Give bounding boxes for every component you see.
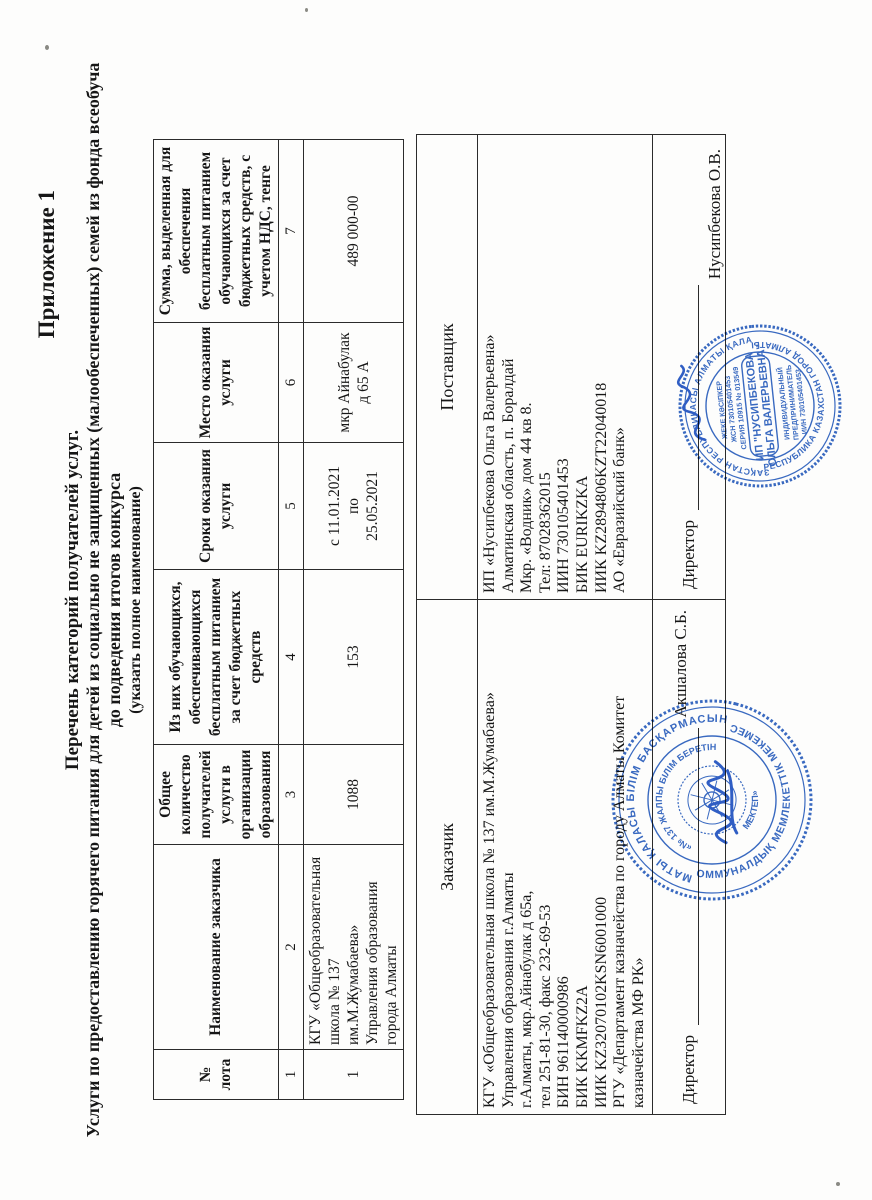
cell-amount: 489 000-00 (304, 140, 404, 323)
recipients-table-header-row: № лота Наименование заказчика Общее коли… (154, 140, 279, 1100)
col-header-place: Место оказания услуги (154, 323, 279, 443)
parties-details-row: КГУ «Общеобразовательная школа № 137 им.… (478, 135, 653, 1115)
col-header-customer: Наименование заказчика (154, 845, 279, 1050)
supplier-detail-line: Тел: 87028362015 (537, 141, 556, 593)
customer-header: Заказчик (417, 600, 478, 1115)
customer-director-label: Директор (679, 1035, 699, 1104)
supplier-detail-line: ИИК KZ2894806KZT22040018 (593, 141, 612, 593)
col-number-6: 6 (279, 323, 304, 443)
cell-total-recipients: 1088 (304, 745, 404, 845)
supplier-detail-line: Мкр. «Водник» дом 44 кв 8. (518, 141, 537, 593)
recipients-table: № лота Наименование заказчика Общее коли… (153, 139, 404, 1100)
svg-text:МЕКТЕП»: МЕКТЕП» (740, 788, 764, 833)
col-header-total: Общее количество получателей услуги в ор… (154, 745, 279, 845)
title-line-2: Услуги по предоставлению горячего питани… (83, 0, 104, 1200)
title-line-4: (указать полное наименование) (125, 0, 146, 1200)
col-header-amount: Сумма, выделенная для обеспечения беспла… (154, 140, 279, 323)
col-number-3: 3 (279, 745, 304, 845)
appendix-label: Приложение 1 (0, 0, 60, 1200)
col-number-4: 4 (279, 570, 304, 745)
customer-detail-line: БИН 961140000986 (555, 606, 574, 1108)
supplier-detail-line: ИП «Нусипбекова Ольга Валерьевна» (481, 141, 500, 593)
supplier-stamp: ҚАЗАҚСТАН РЕСПУБЛИКАСЫ АЛМАТЫ ҚАЛАСЫ РЕС… (668, 314, 853, 499)
title-line-3: до подведения итогов конкурса (104, 0, 125, 1200)
signatures-row: Директор Акшалова С.Б. Директор Нусипбек… (653, 135, 726, 1115)
landscape-sheet: Приложение 1 Перечень категорий получате… (0, 0, 872, 1200)
cell-customer-name: КГУ «Общеобразовательная школа № 137 им.… (304, 845, 404, 1050)
supplier-detail-line: ИИН 730105401453 (555, 141, 574, 593)
col-number-1: 1 (279, 1050, 304, 1100)
supplier-director-name: Нусипбекова О.В. (705, 149, 725, 279)
table-row: 1 КГУ «Общеобразовательная школа № 137 и… (304, 140, 404, 1100)
col-number-5: 5 (279, 443, 304, 570)
parties-table: Заказчик Поставщик КГУ «Общеобразователь… (416, 134, 726, 1115)
cell-service-period: с 11.01.2021 по 25.05.2021 (304, 443, 404, 570)
scan-artifact (305, 8, 308, 12)
cell-free-meal-count: 153 (304, 570, 404, 745)
col-header-lot: № лота (154, 1050, 279, 1100)
customer-detail-line: г.Алматы, мкр.Айнабулак д 65а, (518, 606, 537, 1108)
cell-lot-number: 1 (304, 1050, 404, 1100)
scan-artifact (45, 45, 49, 50)
customer-detail-line: КГУ «Общеобразовательная школа № 137 им.… (481, 606, 500, 1108)
supplier-director-label: Директор (679, 520, 699, 589)
col-header-free-meals: Из них обучающихся, обеспечивающихся бес… (154, 570, 279, 745)
customer-detail-line: Управления образования г.Алматы (500, 606, 519, 1108)
scanned-document-page: Приложение 1 Перечень категорий получате… (0, 0, 872, 1200)
column-numbers-row: 1 2 3 4 5 6 7 (279, 140, 304, 1100)
supplier-header: Поставщик (417, 135, 478, 600)
supplier-detail-line: БИК EURIKZKA (574, 141, 593, 593)
customer-detail-line: тел 251-81-30, факс 232-69-53 (537, 606, 556, 1108)
parties-header-row: Заказчик Поставщик (417, 135, 478, 1115)
document-title-block: Перечень категорий получателей услуг. Ус… (62, 0, 146, 1200)
col-number-2: 2 (279, 845, 304, 1050)
title-line-1: Перечень категорий получателей услуг. (62, 0, 83, 1200)
col-number-7: 7 (279, 140, 304, 323)
cell-service-place: мкр Айнабулак д 65 А (304, 323, 404, 443)
supplier-detail-line: Алматинская область, п. Боралдай (500, 141, 519, 593)
supplier-detail-line: АО «Евразийский банк» (611, 141, 630, 593)
scan-artifact (836, 1182, 840, 1186)
supplier-details: ИП «Нусипбекова Ольга Валерьевна» Алмати… (478, 135, 653, 600)
col-header-period: Сроки оказания услуги (154, 443, 279, 570)
customer-stamp-inner-bottom-text: МЕКТЕП» (740, 788, 764, 833)
